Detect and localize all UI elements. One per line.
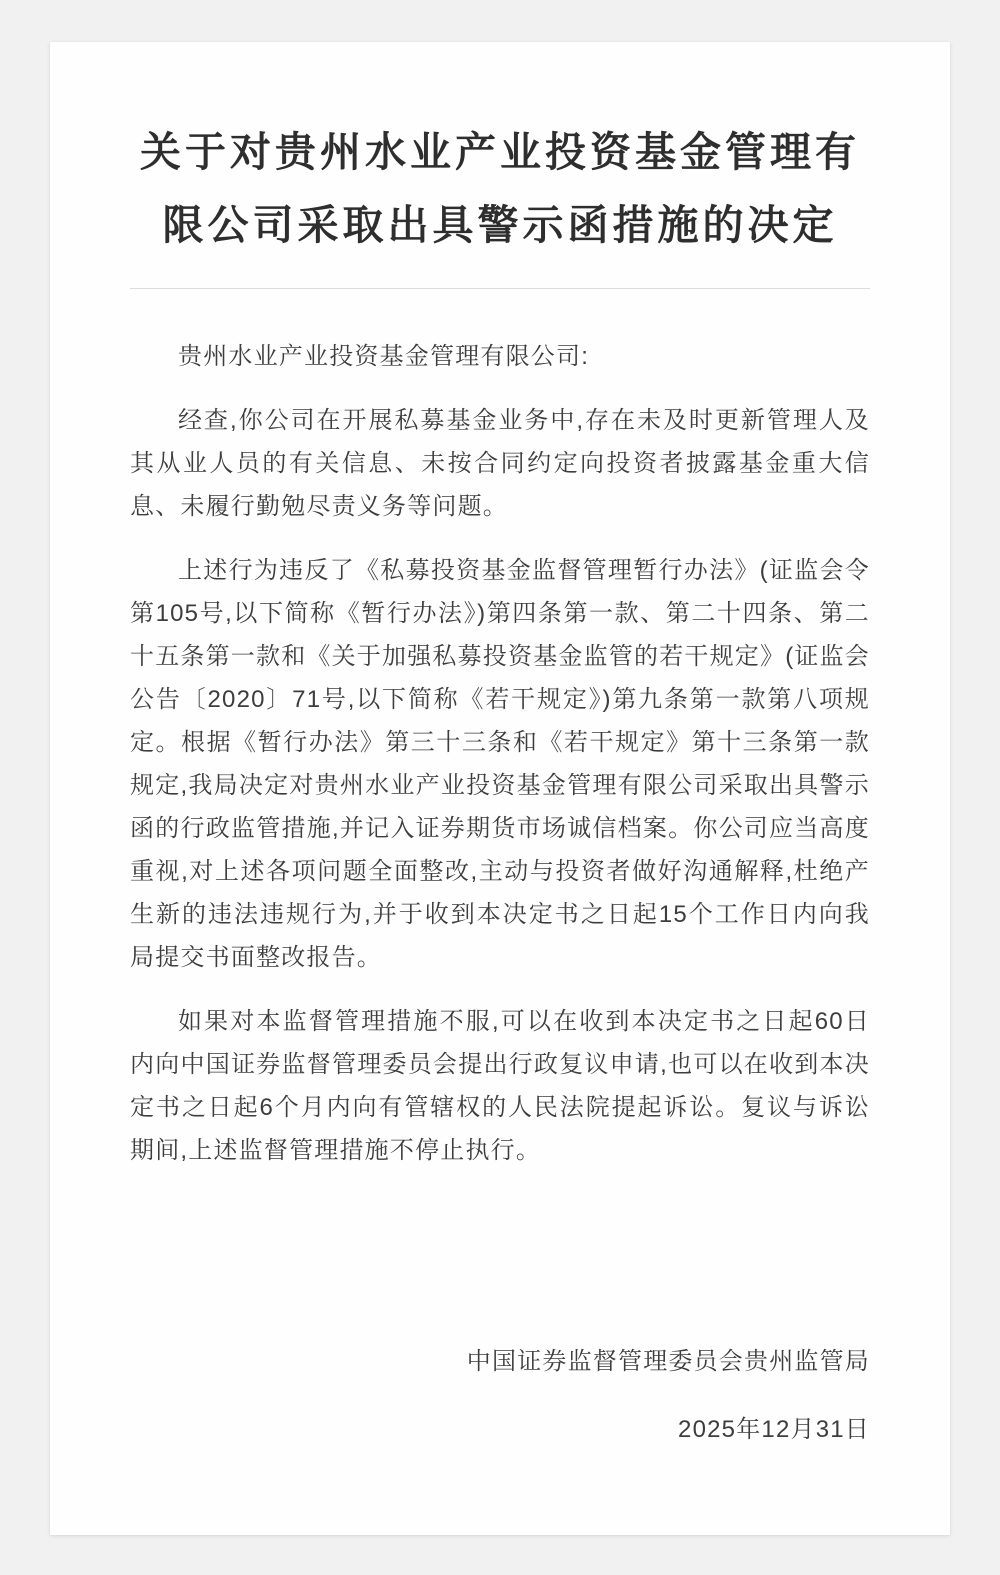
document-card: 关于对贵州水业产业投资基金管理有限公司采取出具警示函措施的决定 贵州水业产业投资… — [50, 42, 950, 1535]
document-title: 关于对贵州水业产业投资基金管理有限公司采取出具警示函措施的决定 — [130, 116, 870, 262]
issue-date: 2025年12月31日 — [130, 1408, 870, 1451]
page-background: { "colors": { "page_background": "#f1f1f… — [0, 42, 1000, 1575]
issuing-authority: 中国证券监督管理委员会贵州监管局 — [130, 1340, 870, 1383]
salutation: 贵州水业产业投资基金管理有限公司: — [130, 335, 870, 378]
paragraph-decision: 上述行为违反了《私募投资基金监督管理暂行办法》(证监会令第105号,以下简称《暂… — [130, 549, 870, 979]
paragraph-appeal-rights: 如果对本监督管理措施不服,可以在收到本决定书之日起60日内向中国证券监督管理委员… — [130, 1000, 870, 1172]
paragraph-findings: 经查,你公司在开展私募基金业务中,存在未及时更新管理人及其从业人员的有关信息、未… — [130, 399, 870, 528]
title-divider — [130, 288, 870, 289]
document-body: 贵州水业产业投资基金管理有限公司: 经查,你公司在开展私募基金业务中,存在未及时… — [130, 335, 870, 1172]
signature-block: 中国证券监督管理委员会贵州监管局 2025年12月31日 — [130, 1340, 870, 1451]
